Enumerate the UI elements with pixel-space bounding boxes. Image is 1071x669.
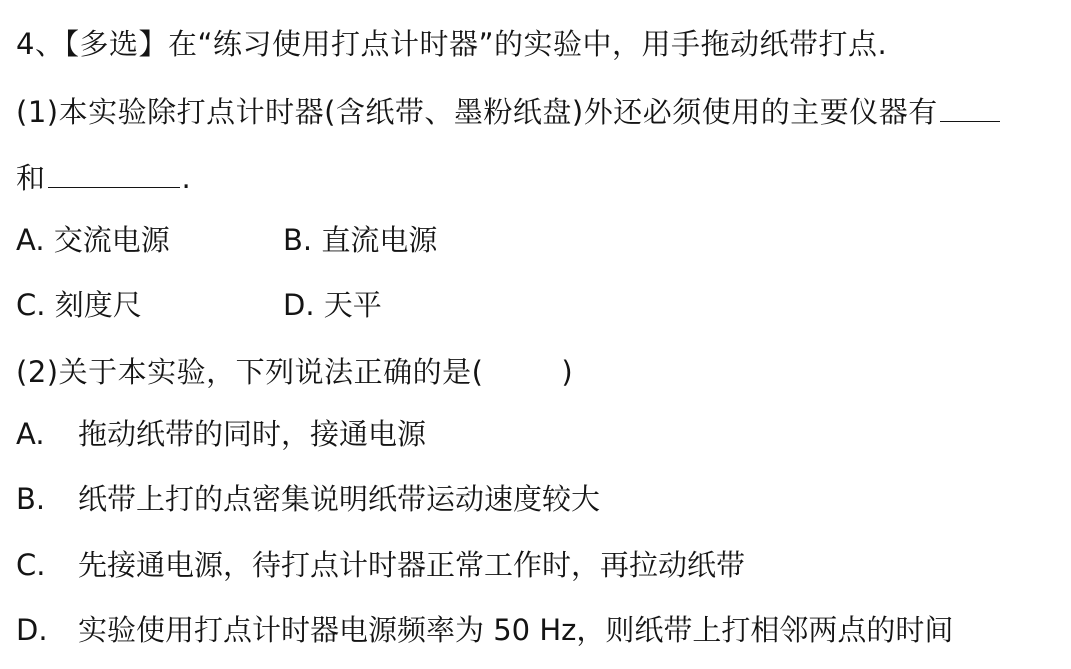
- option-text: 天平: [324, 288, 382, 322]
- option-text: 拖动纸带的同时，接通电源: [78, 417, 426, 451]
- option-letter: A.: [16, 223, 45, 257]
- option-letter: C.: [16, 545, 78, 585]
- option-text: 先接通电源，待打点计时器正常工作时，再拉动纸带: [78, 548, 745, 582]
- answer-blank-1[interactable]: [940, 120, 1000, 122]
- part2-text: (2)关于本实验，下列说法正确的是(: [16, 355, 483, 389]
- option-text: 直流电源: [321, 223, 437, 257]
- part2-option-a[interactable]: A.拖动纸带的同时，接通电源: [16, 414, 426, 454]
- option-letter: A.: [16, 414, 78, 454]
- part1-stem: (1)本实验除打点计时器(含纸带、墨粉纸盘)外还必须使用的主要仪器有: [16, 92, 1002, 132]
- part1-option-b[interactable]: B. 直流电源: [283, 220, 437, 260]
- part2-close-paren: ): [561, 355, 573, 389]
- part2-option-d[interactable]: D.实验使用打点计时器电源频率为 50 Hz，则纸带上打相邻两点的时间: [16, 610, 953, 650]
- part2-option-b[interactable]: B.纸带上打的点密集说明纸带运动速度较大: [16, 479, 600, 519]
- part1-text: (1)本实验除打点计时器(含纸带、墨粉纸盘)外还必须使用的主要仪器有: [16, 95, 938, 129]
- option-text: 实验使用打点计时器电源频率为 50 Hz，则纸带上打相邻两点的时间: [78, 613, 953, 647]
- question-number: 4、: [16, 27, 64, 61]
- option-letter: C.: [16, 288, 45, 322]
- option-letter: B.: [16, 479, 78, 519]
- option-text: 交流电源: [54, 223, 170, 257]
- option-letter: D.: [283, 288, 315, 322]
- part1-option-a[interactable]: A. 交流电源: [16, 220, 170, 260]
- question-stem: 在“练习使用打点计时器”的实验中，用手拖动纸带打点.: [168, 27, 887, 61]
- part1-option-c[interactable]: C. 刻度尺: [16, 285, 142, 325]
- option-letter: D.: [16, 610, 78, 650]
- part2-option-c[interactable]: C.先接通电源，待打点计时器正常工作时，再拉动纸带: [16, 545, 745, 585]
- option-text: 刻度尺: [55, 288, 142, 322]
- option-text: 纸带上打的点密集说明纸带运动速度较大: [78, 482, 600, 516]
- part1-stem-line2: 和.: [16, 158, 191, 198]
- question-type-tag: 【多选】: [64, 27, 168, 61]
- part2-stem: (2)关于本实验，下列说法正确的是(): [16, 352, 573, 392]
- question-header: 4、【多选】在“练习使用打点计时器”的实验中，用手拖动纸带打点.: [16, 24, 887, 64]
- part1-and: 和: [16, 161, 46, 195]
- option-letter: B.: [283, 223, 312, 257]
- part1-period: .: [182, 161, 192, 195]
- part1-option-d[interactable]: D. 天平: [283, 285, 382, 325]
- answer-blank-2[interactable]: [48, 186, 180, 188]
